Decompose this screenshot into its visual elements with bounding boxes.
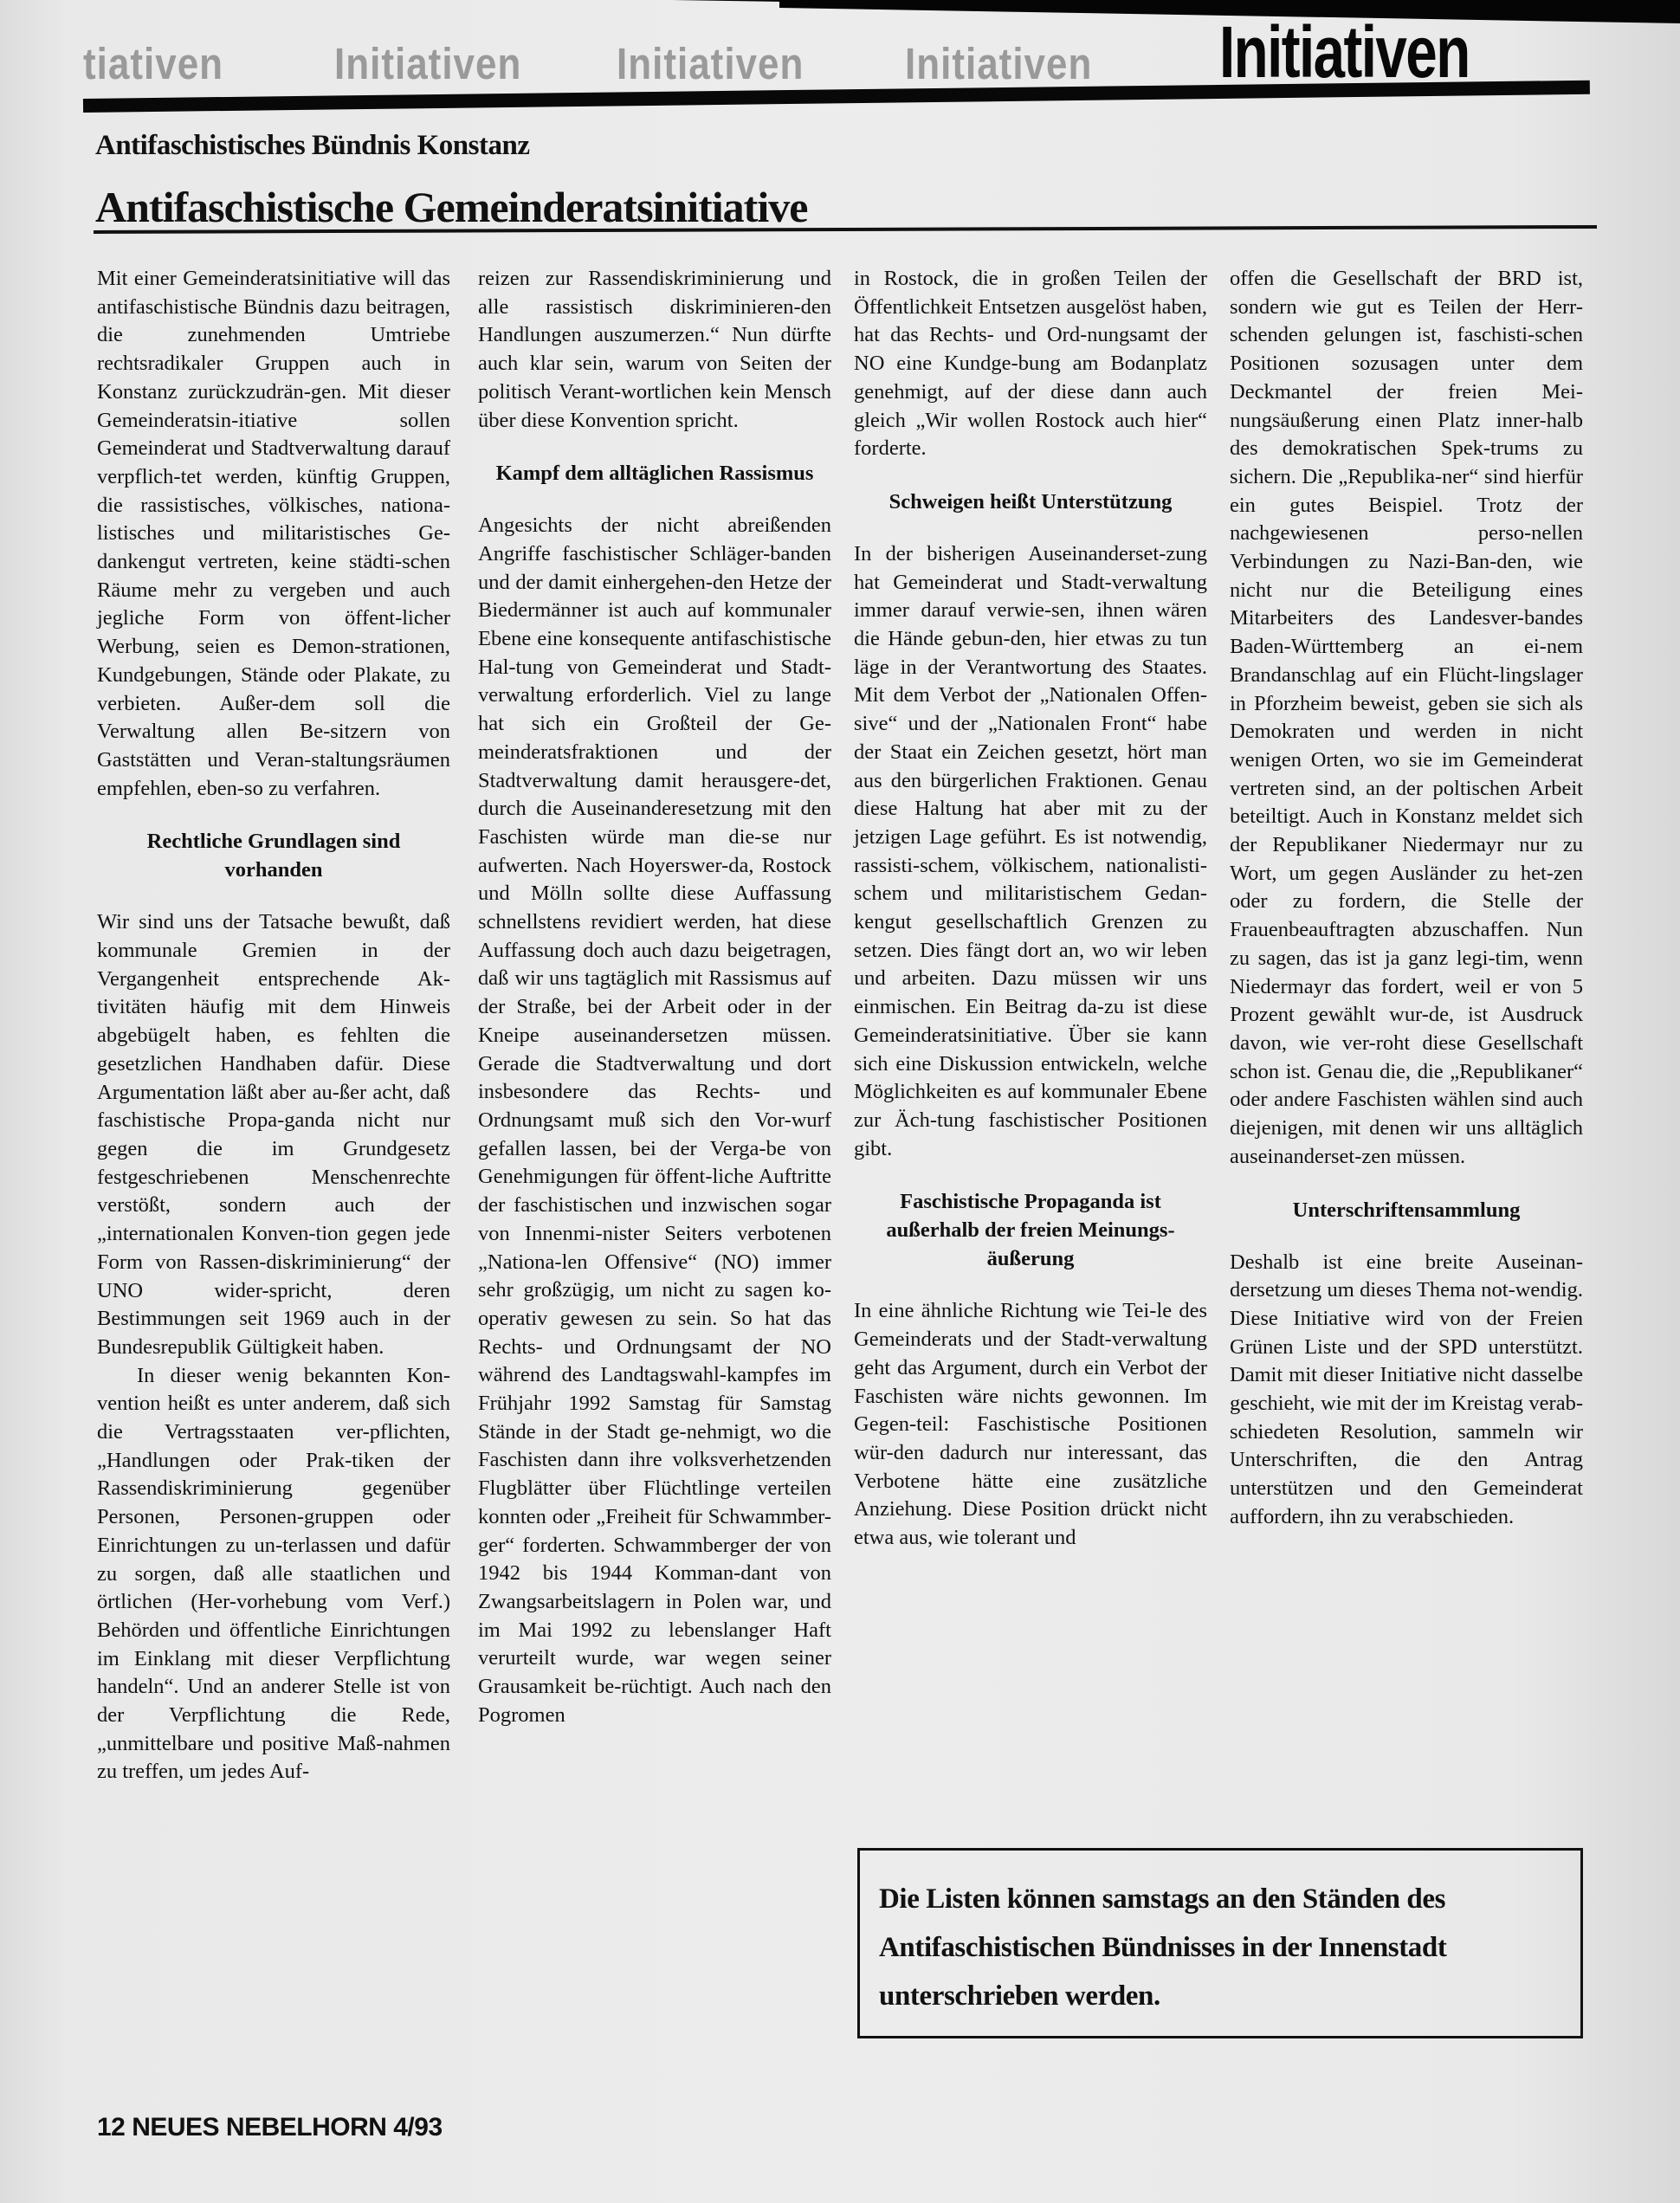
paragraph: Wir sind uns der Tatsache bewußt, daß ko… xyxy=(97,908,450,1361)
subheading: Kampf dem alltäglichen Rassismus xyxy=(478,459,831,488)
paragraph: In eine ähnliche Richtung wie Tei-le des… xyxy=(854,1297,1207,1552)
section-header: tiativen Initiativen Initiativen Initiat… xyxy=(0,17,1680,104)
header-rule xyxy=(83,81,1590,113)
header-ghost-word: Initiativen xyxy=(334,40,521,90)
article-headline: Antifaschistische Gemeinderatsinitiative xyxy=(95,182,807,232)
page-footer: 12 NEUES NEBELHORN 4/93 xyxy=(97,2113,443,2142)
paragraph: in Rostock, die in großen Teilen der Öff… xyxy=(854,265,1207,463)
paragraph: In der bisherigen Auseinanderset-zung ha… xyxy=(854,540,1207,1163)
paragraph: Mit einer Gemeinderatsinitiative will da… xyxy=(97,265,450,803)
paragraph: In dieser wenig bekannten Kon-vention he… xyxy=(97,1362,450,1787)
section-title: Initiativen xyxy=(1219,17,1470,87)
subheading: Unterschriftensammlung xyxy=(1230,1196,1583,1224)
paragraph: Deshalb ist eine breite Auseinan-dersetz… xyxy=(1230,1249,1583,1532)
article-column-4: offen die Gesellschaft der BRD ist, sond… xyxy=(1230,265,1583,1532)
paragraph: offen die Gesellschaft der BRD ist, sond… xyxy=(1230,265,1583,1172)
header-ghost-word: Initiativen xyxy=(617,40,804,90)
header-ghost-word: Initiativen xyxy=(905,40,1092,90)
article-column-2: reizen zur Rassendiskriminierung und all… xyxy=(478,265,831,1729)
subheading: Faschistische Propaganda ist außerhalb d… xyxy=(854,1187,1207,1273)
article-column-3: in Rostock, die in großen Teilen der Öff… xyxy=(854,265,1207,1553)
article-column-1: Mit einer Gemeinderatsinitiative will da… xyxy=(97,265,450,1786)
subheading: Schweigen heißt Unterstützung xyxy=(854,488,1207,516)
subheading: Rechtliche Grundlagen sind vorhanden xyxy=(97,827,450,884)
paragraph: reizen zur Rassendiskriminierung und all… xyxy=(478,265,831,435)
notice-box: Die Listen können samstags an den Stände… xyxy=(857,1848,1583,2038)
header-ghost-word: tiativen xyxy=(83,40,223,90)
paragraph: Angesichts der nicht abreißenden Angriff… xyxy=(478,512,831,1729)
article-kicker: Antifaschistisches Bündnis Konstanz xyxy=(95,130,529,162)
